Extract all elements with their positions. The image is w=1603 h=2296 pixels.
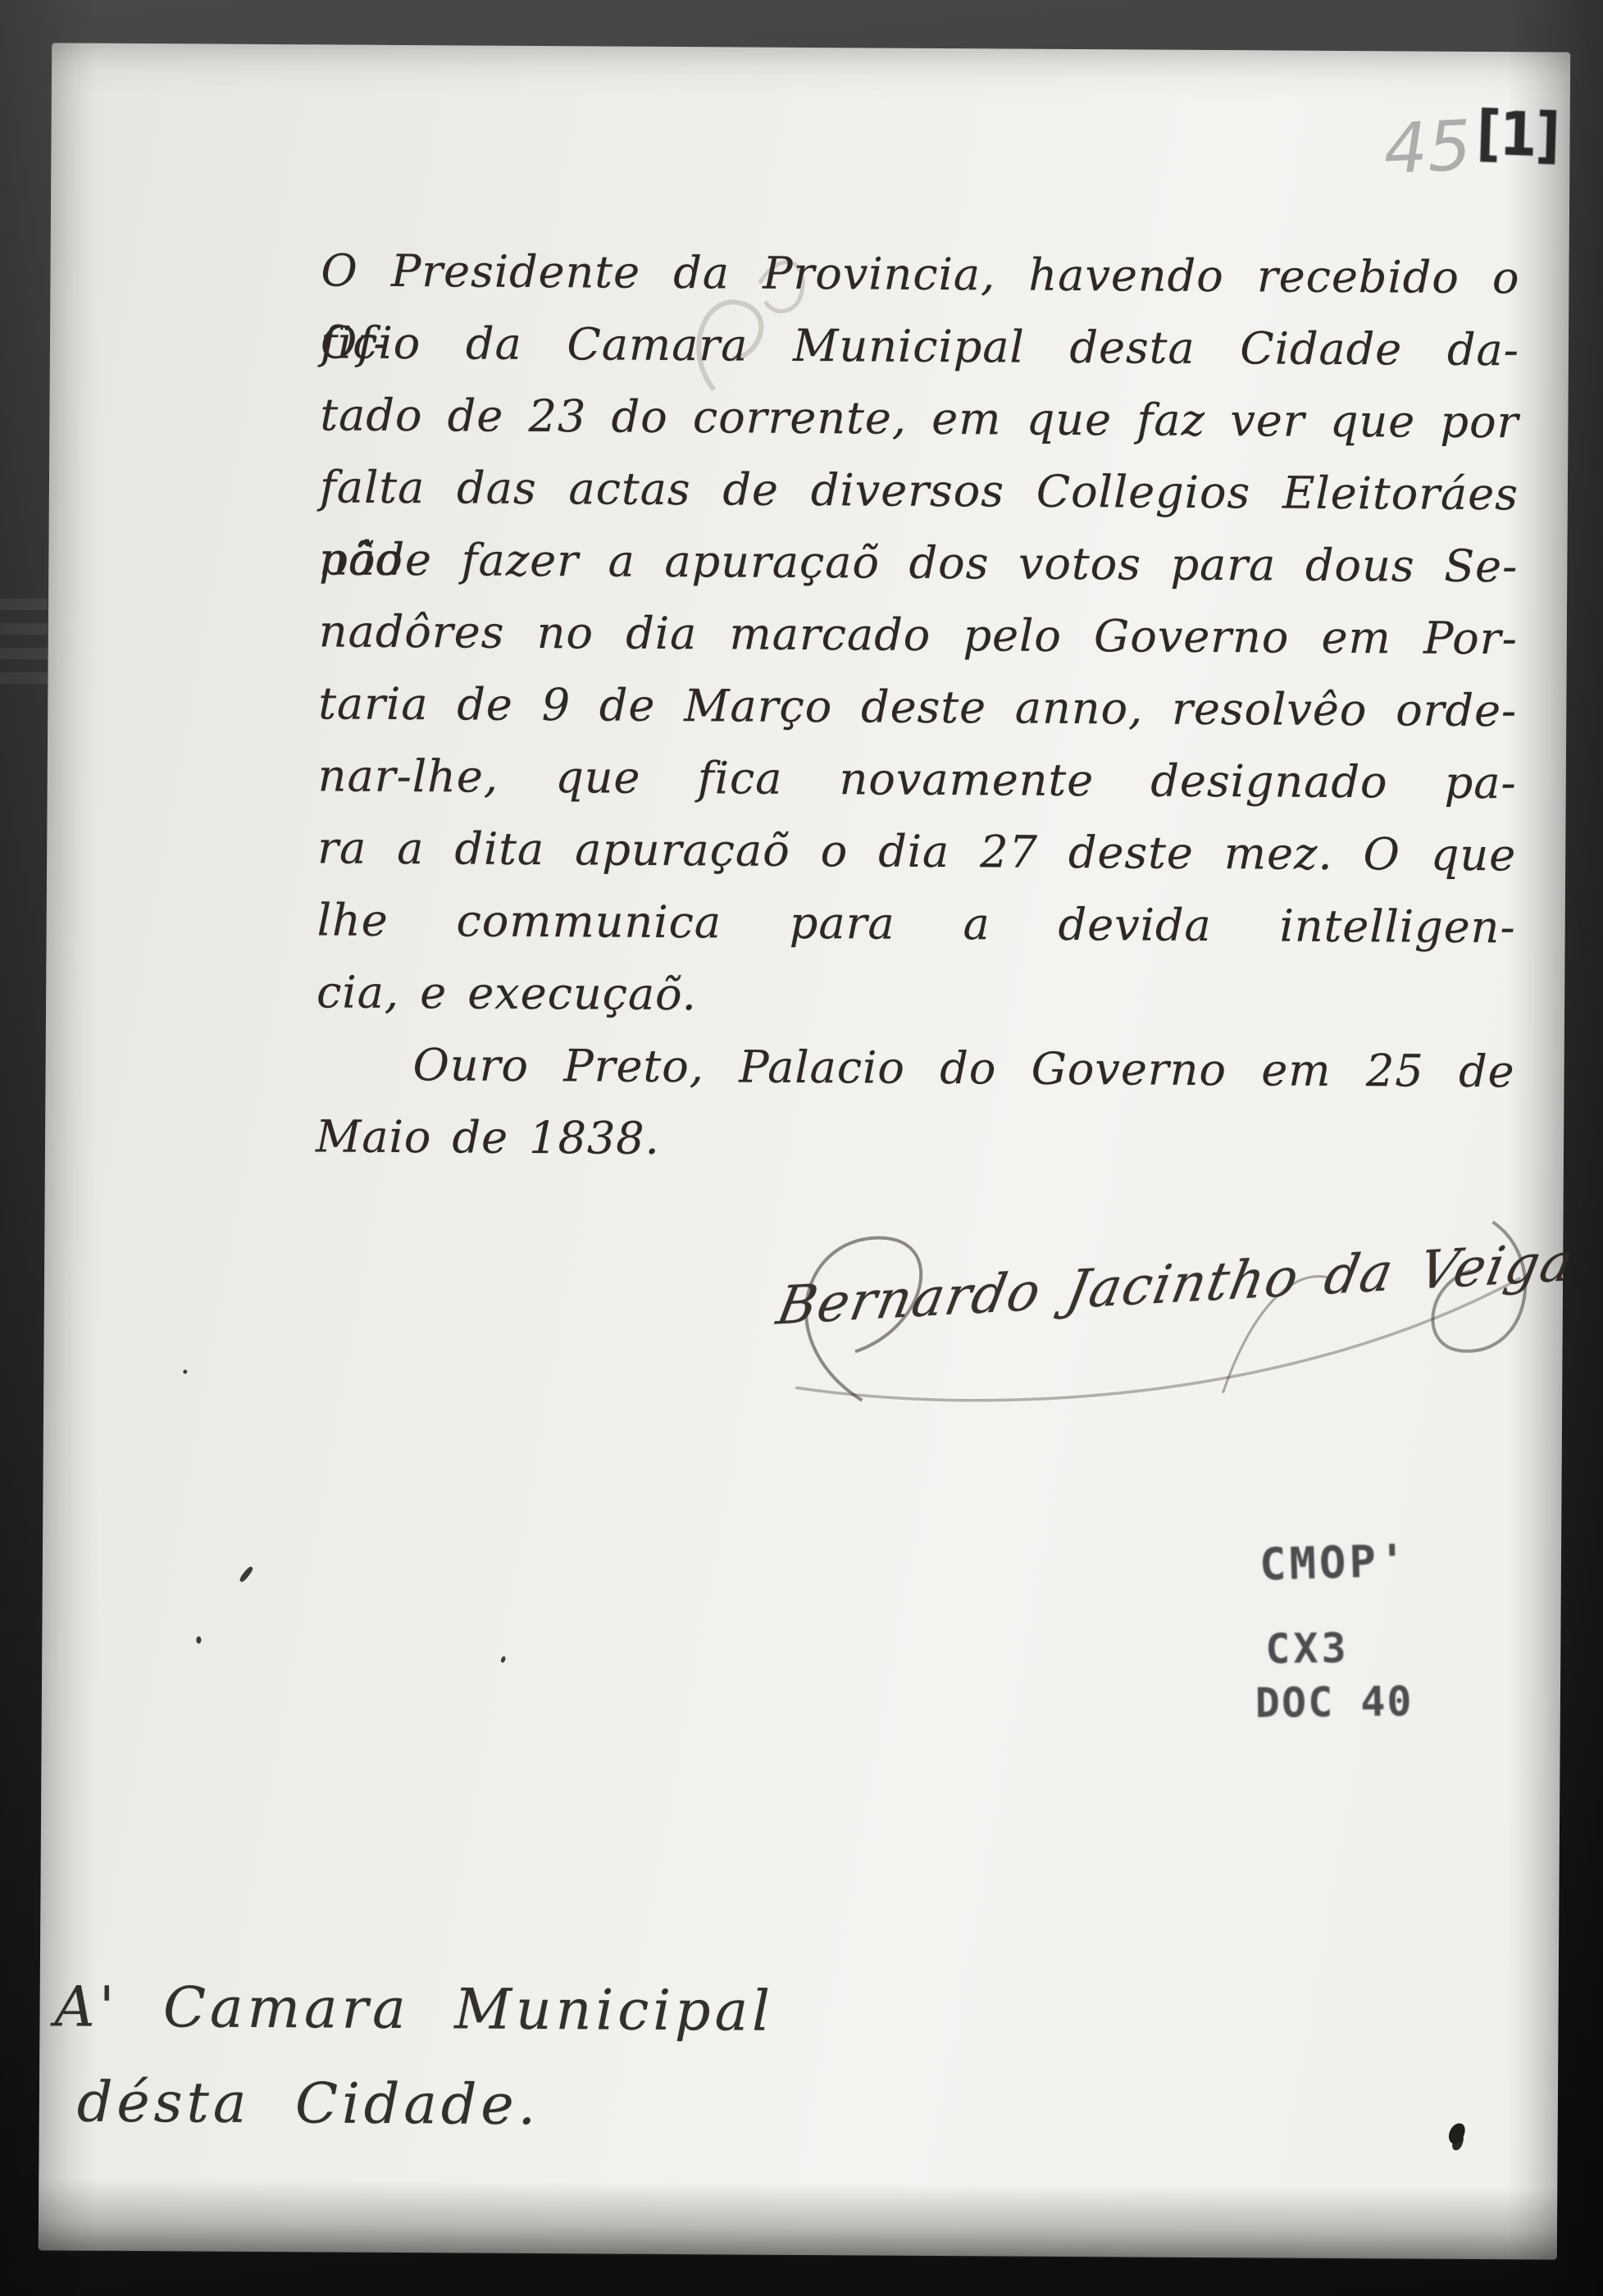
letter-paper: 45 [1] O Presidente da Provincia, havend… <box>39 43 1570 2259</box>
addressee-line: A' Camara Municipal <box>54 1960 774 2059</box>
pencil-page-number: 45 <box>1382 105 1473 189</box>
handwritten-line: O Presidente da Provincia, havendo receb… <box>321 235 1520 314</box>
handwritten-line: falta das actas de diversos Collegios El… <box>320 451 1519 531</box>
ink-speck <box>500 1656 506 1663</box>
handwritten-line: lhe communica para a devida intelligen- <box>317 884 1516 963</box>
ink-blot <box>1447 2121 1467 2146</box>
handwritten-line: cia, e execuçaõ. <box>317 956 1516 1036</box>
letter-body: O Presidente da Provincia, havendo receb… <box>316 235 1520 1180</box>
handwritten-line: taria de 9 de Março deste anno, resolvêo… <box>318 667 1518 747</box>
handwritten-line: nar-lhe, que fica novamente designado pa… <box>318 740 1518 819</box>
ink-speck <box>183 1369 187 1373</box>
dateline: Maio de 1838. <box>316 1100 1515 1180</box>
ink-speck <box>196 1636 201 1643</box>
addressee-line: désta Cidade. <box>77 2056 774 2155</box>
dateline: Ouro Preto, Palacio do Governo em 25 de <box>316 1028 1515 1108</box>
handwritten-line: pôde fazer a apuraçaõ dos votos para dou… <box>319 523 1519 603</box>
archival-reference-stamp: CMOP' CX3 DOC 40 <box>1259 1536 1414 1726</box>
archival-fond-code: CMOP' <box>1259 1534 1414 1590</box>
scanner-border-streaks <box>0 599 48 697</box>
handwritten-line: nadôres no dia marcado pelo Governo em P… <box>319 595 1519 675</box>
handwritten-line: ra a dita apuraçaõ o dia 27 deste mez. O… <box>317 812 1517 891</box>
folio-number-stamp: [1] <box>1475 98 1560 171</box>
archival-box-code: CX3 <box>1265 1624 1414 1673</box>
archival-doc-code: DOC 40 <box>1255 1678 1414 1727</box>
handwritten-line: ficio da Camara Municipal desta Cidade d… <box>321 307 1520 386</box>
addressee-block: A' Camara Municipal désta Cidade. <box>54 1960 775 2154</box>
signature-block: Bernardo Jacintho da Veiga <box>754 1169 1569 1451</box>
ink-speck <box>239 1565 254 1583</box>
handwritten-line: tado de 23 do corrente, em que faz ver q… <box>320 379 1519 458</box>
scanned-manuscript-page: 45 [1] O Presidente da Provincia, havend… <box>0 0 1603 2296</box>
